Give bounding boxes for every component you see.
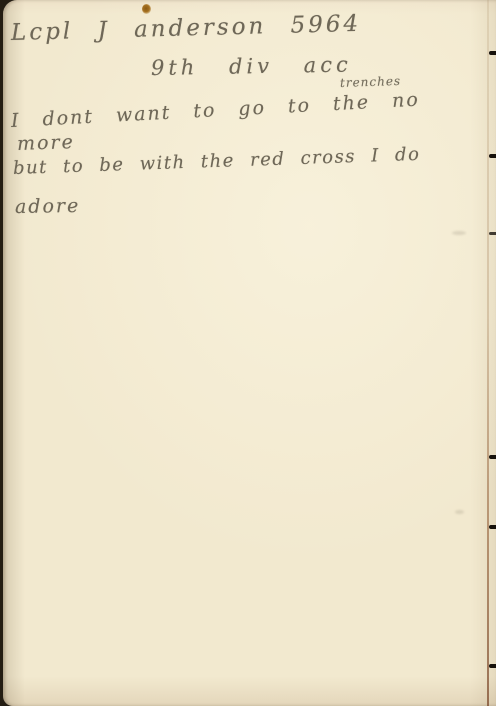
stitch-mark xyxy=(489,525,496,529)
handwriting-insertion-trenches: trenches xyxy=(340,74,402,90)
pencil-smudge xyxy=(452,231,466,235)
stitch-mark xyxy=(489,51,496,55)
stitch-mark xyxy=(489,154,496,158)
pencil-smudge xyxy=(455,510,464,514)
handwriting-unit-line: 9th div acc xyxy=(151,52,352,79)
page-edge-crease xyxy=(487,0,489,706)
handwriting-verse-line-1: I dont want to go to the no xyxy=(10,89,420,132)
handwriting-verse-line-4: adore xyxy=(15,195,81,218)
stain-spot xyxy=(142,4,151,14)
handwriting-verse-line-2: more xyxy=(17,131,76,155)
stitch-mark xyxy=(489,455,496,459)
stitch-mark xyxy=(489,664,496,668)
scanned-page: Lcpl J anderson 5964 9th div acc trenche… xyxy=(0,0,496,706)
stitch-mark xyxy=(489,232,496,235)
handwriting-signature-line: Lcpl J anderson 5964 xyxy=(11,11,362,46)
notebook-page: Lcpl J anderson 5964 9th div acc trenche… xyxy=(3,0,496,706)
